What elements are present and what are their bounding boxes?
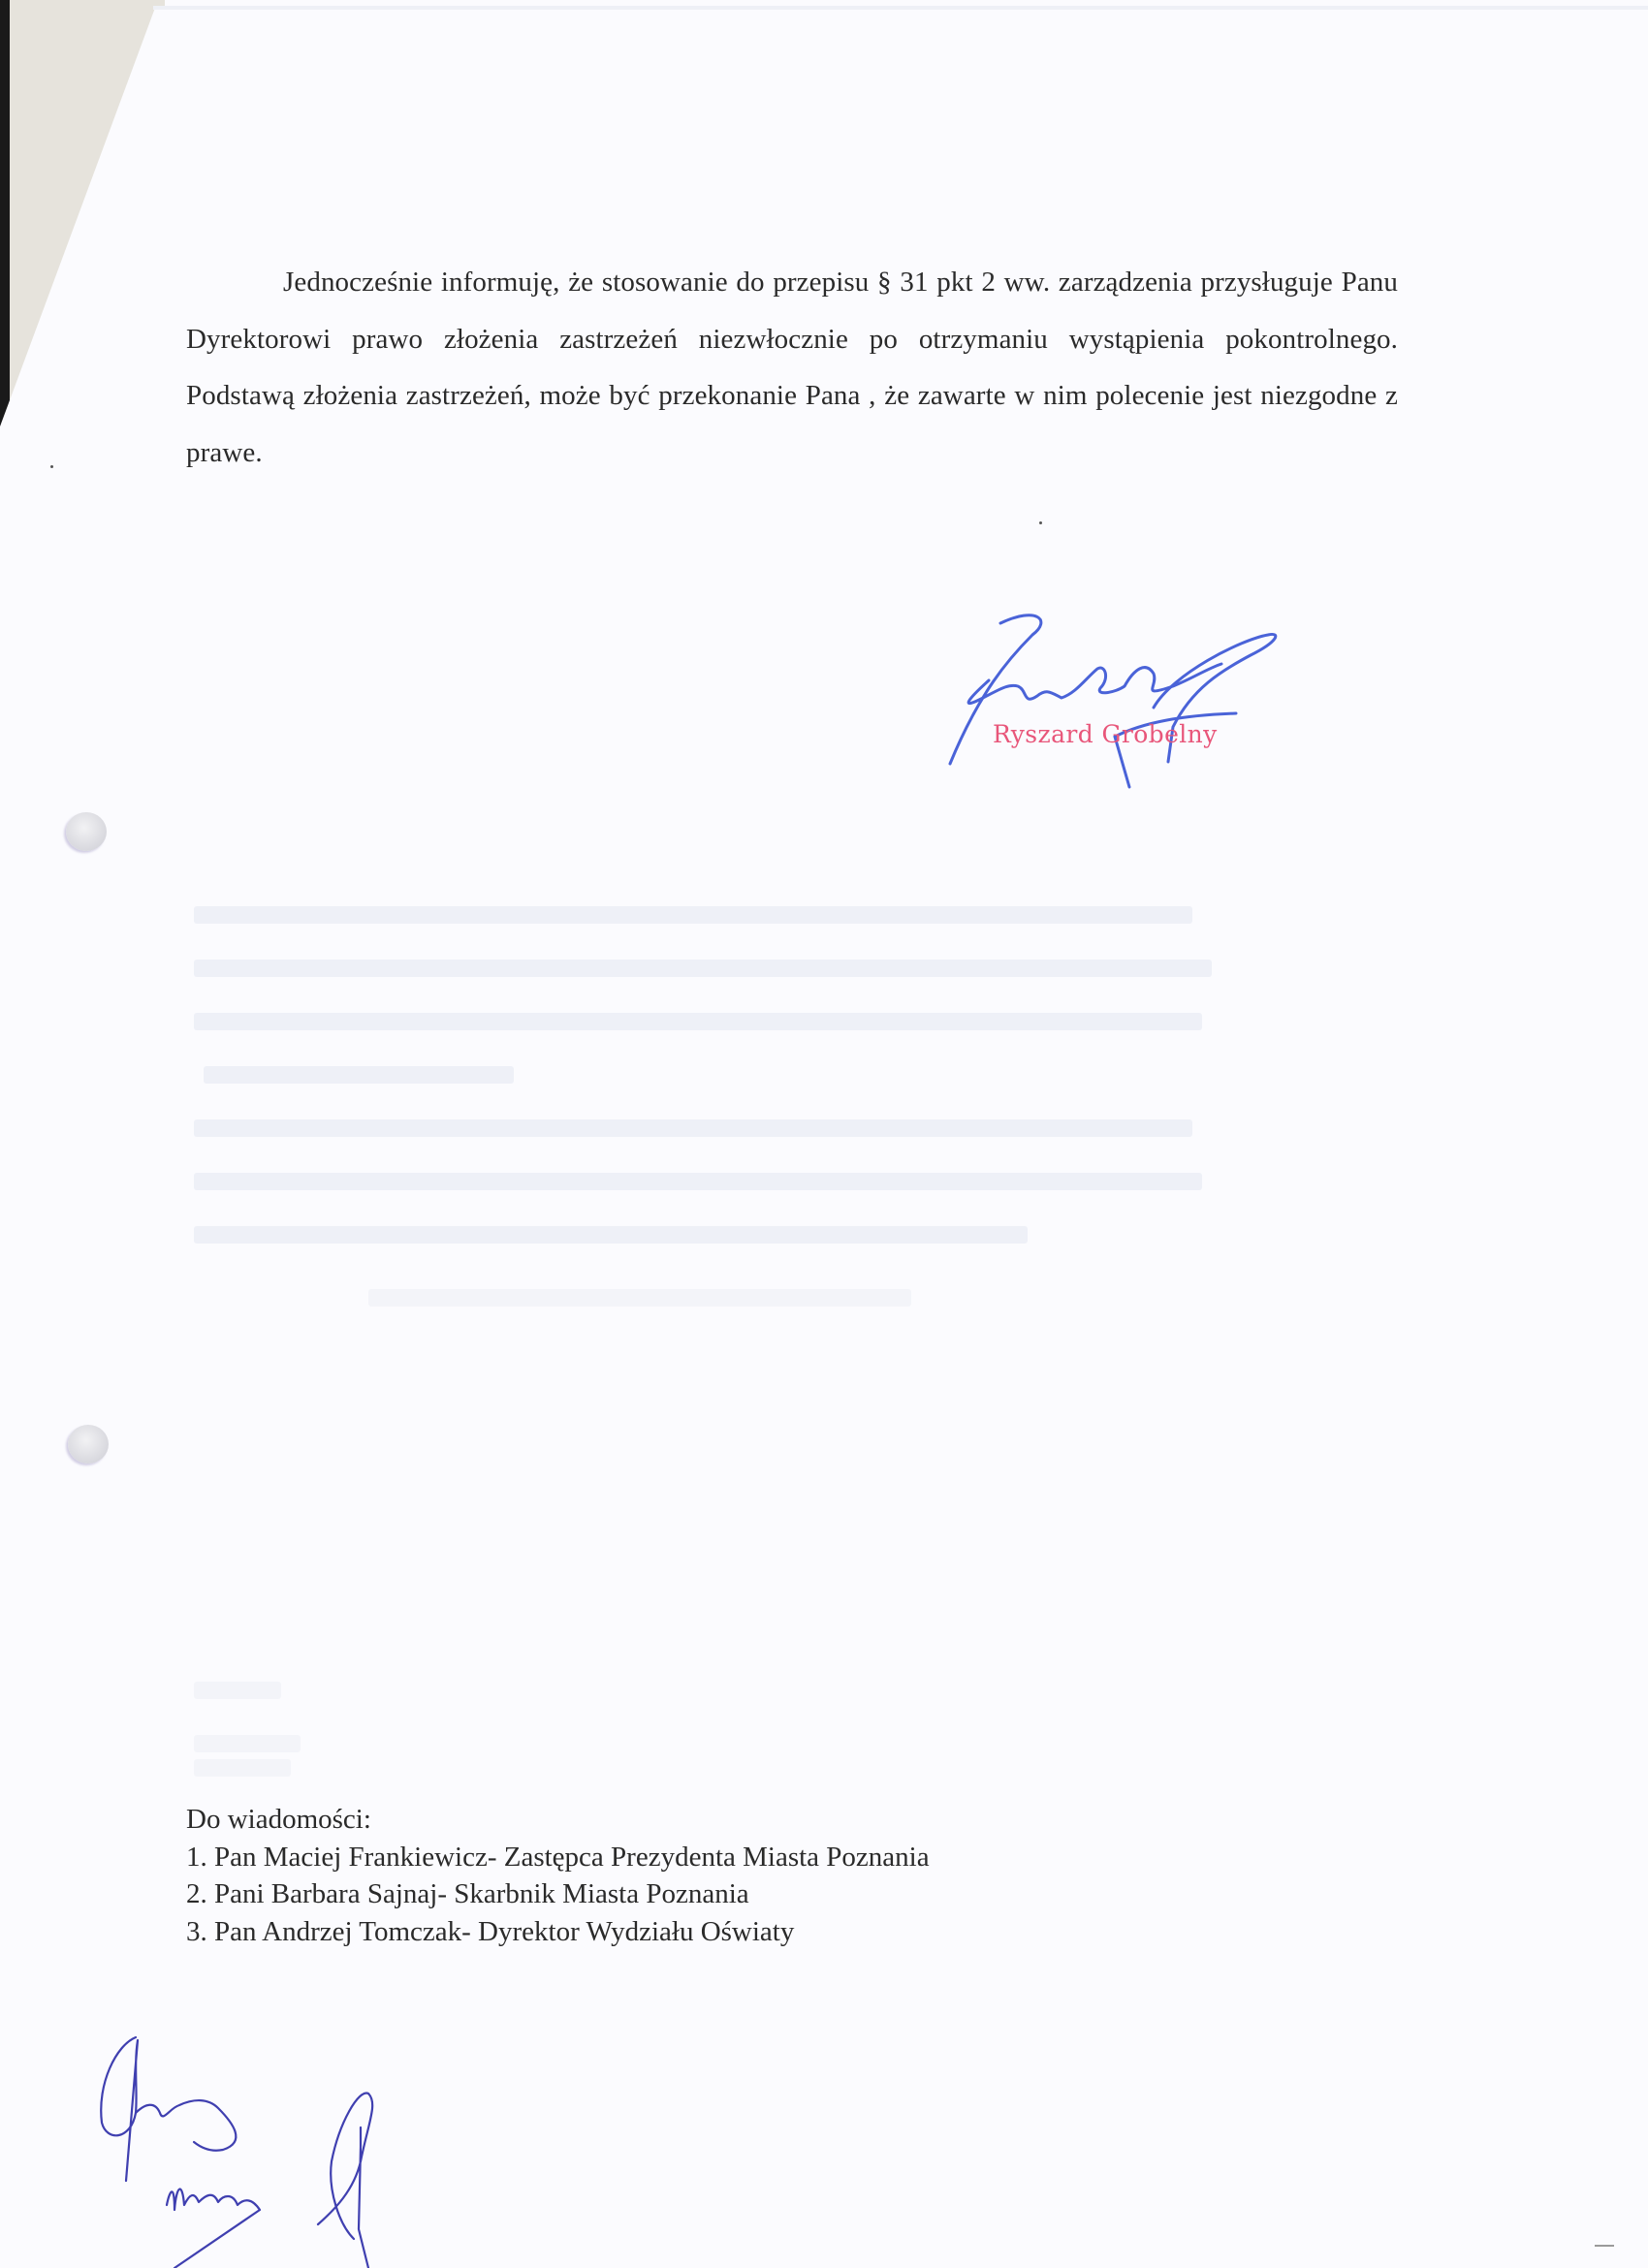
- distribution-item: 3. Pan Andrzej Tomczak- Dyrektor Wydział…: [186, 1913, 930, 1951]
- name-stamp: Ryszard Grobelny: [993, 720, 1218, 748]
- speck: [50, 465, 53, 468]
- distribution-list: Do wiadomości: 1. Pan Maciej Frankiewicz…: [186, 1801, 930, 1950]
- show-through-line: [194, 1735, 301, 1752]
- show-through-line: [194, 1682, 281, 1699]
- body-paragraph: Jednocześnie informuję, że stosowanie do…: [186, 254, 1398, 481]
- page-top-edge: [153, 6, 1648, 10]
- show-through-line: [194, 1226, 1028, 1244]
- scanner-edge: [0, 0, 10, 446]
- show-through-line: [194, 1759, 291, 1777]
- corner-mark: [1595, 2245, 1614, 2247]
- show-through-line: [194, 906, 1192, 924]
- show-through-line: [194, 960, 1212, 977]
- show-through-line: [194, 1173, 1202, 1190]
- punch-hole: [66, 812, 107, 851]
- punch-hole: [68, 1425, 109, 1464]
- show-through-line: [204, 1066, 514, 1084]
- show-through-line: [194, 1013, 1202, 1030]
- show-through-line: [194, 1119, 1192, 1137]
- initials-signatures: [78, 2016, 427, 2268]
- show-through-line: [368, 1289, 911, 1307]
- speck: [1039, 521, 1042, 524]
- distribution-heading: Do wiadomości:: [186, 1801, 930, 1839]
- handwritten-signature: [931, 601, 1338, 795]
- distribution-item: 1. Pan Maciej Frankiewicz- Zastępca Prez…: [186, 1839, 930, 1876]
- distribution-item: 2. Pani Barbara Sajnaj- Skarbnik Miasta …: [186, 1875, 930, 1913]
